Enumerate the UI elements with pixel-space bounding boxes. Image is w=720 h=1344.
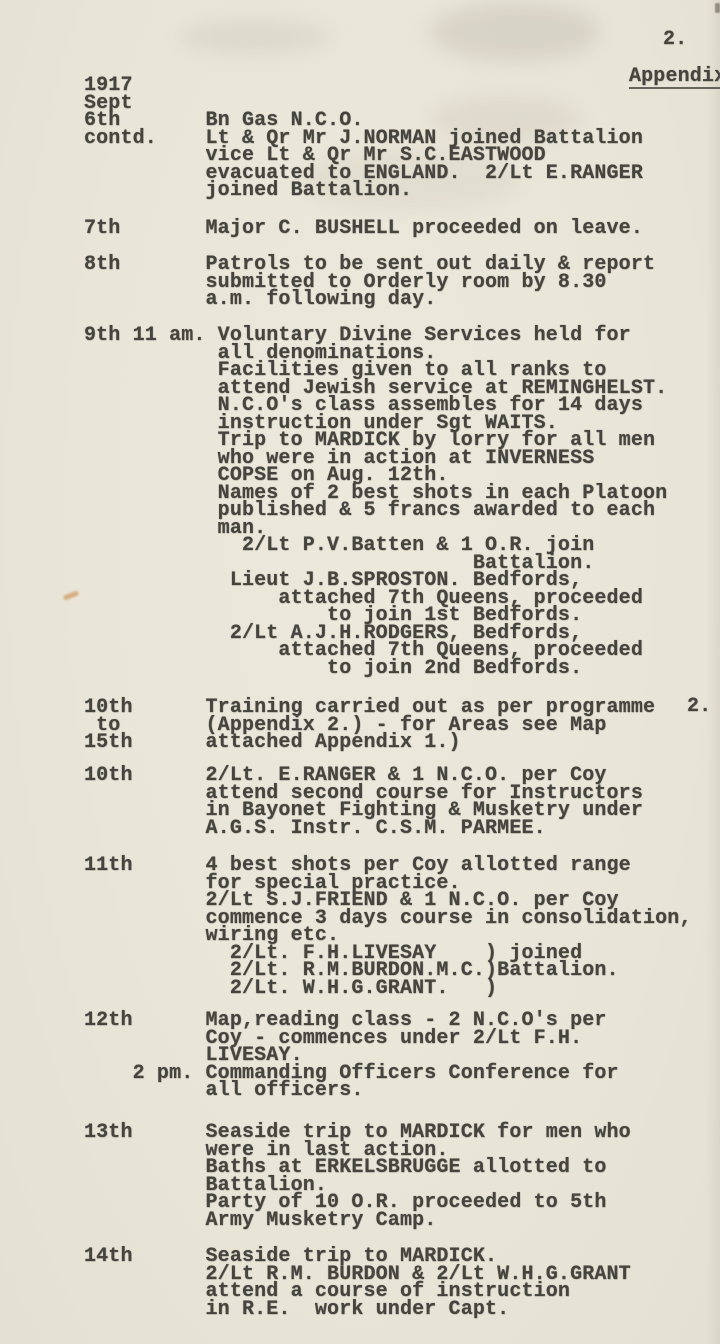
- scan-corner-speck: [715, 3, 720, 13]
- diary-entry-12th: 12th Map,reading class - 2 N.C.O's per C…: [84, 1012, 619, 1100]
- diary-entry-11th: 11th 4 best shots per Coy allotted range…: [84, 857, 692, 997]
- diary-entry-13th: 13th Seaside trip to MARDICK for men who…: [84, 1124, 631, 1229]
- paper-showthrough-smudge: [180, 20, 330, 54]
- diary-entry-14th: 14th Seaside trip to MARDICK. 2/Lt R.M. …: [84, 1248, 631, 1318]
- appendix-margin-note: 2.: [687, 698, 711, 716]
- ink-stain: [63, 590, 80, 601]
- diary-entry-10th-to-15th: 10th Training carried out as per program…: [84, 699, 655, 752]
- page-number: 2.: [663, 31, 687, 49]
- diary-entry-8th: 8th Patrols to be sent out daily & repor…: [84, 256, 655, 309]
- diary-entry-7th: 7th Major C. BUSHELL proceeded on leave.: [84, 220, 643, 238]
- diary-entry-9th: 9th 11 am. Voluntary Divine Services hel…: [84, 327, 667, 677]
- scanned-diary-page: 2. Appendix. 2. 1917 Sept 6th Bn Gas N.C…: [0, 0, 720, 1344]
- paper-showthrough-smudge: [430, 2, 600, 62]
- diary-entry-10th: 10th 2/Lt. E.RANGER & 1 N.C.O. per Coy a…: [84, 767, 643, 837]
- diary-entry-6th-contd: 1917 Sept 6th Bn Gas N.C.O. contd. Lt & …: [84, 77, 643, 200]
- scan-edge-shading: [706, 0, 720, 1344]
